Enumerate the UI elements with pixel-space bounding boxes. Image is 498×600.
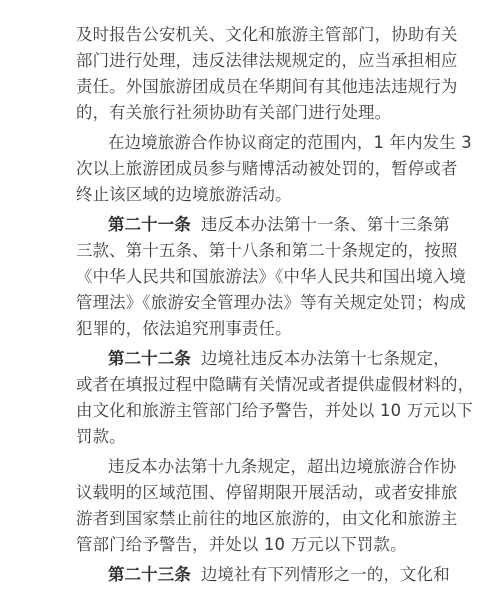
article-heading: 第二十三条 [108,565,191,584]
document-page: 及时报告公安机关、文化和旅游主管部门，协助有关 部门进行处理，违反法律法规规定的… [76,22,424,592]
text-line: 由文化和旅游主管部门给予警告，并处以 10 万元以下 [76,398,424,424]
article-text: 边境社违反本办法第十七条规定， [201,349,450,368]
text-line: 第二十一条违反本办法第十一条、第十三条第 [76,212,424,238]
text-line: 违反本办法第十九条规定，超出边境旅游合作协 [76,454,424,480]
text-line: 议载明的区域范围、停留期限开展活动，或者安排旅 [76,480,424,506]
text-line: 终止该区域的边境旅游活动。 [76,182,424,208]
text-line: 第二十三条边境社有下列情形之一的，文化和 [76,562,424,588]
text-line: 的，有关旅行社须协助有关部门进行处理。 [76,100,424,126]
paragraph-continuation: 及时报告公安机关、文化和旅游主管部门，协助有关 部门进行处理，违反法律法规规定的… [76,22,424,126]
text-line: 罚款。 [76,424,424,450]
text-line: 或者在填报过程中隐瞒有关情况或者提供虚假材料的， [76,372,424,398]
text-line: 在边境旅游合作协议商定的范围内，1 年内发生 3 [76,130,424,156]
text-line: 第二十二条边境社违反本办法第十七条规定， [76,346,424,372]
paragraph-article-19-violation: 违反本办法第十九条规定，超出边境旅游合作协 议载明的区域范围、停留期限开展活动，… [76,454,424,558]
article-text: 违反本办法第十一条、第十三条第 [201,215,450,234]
text-line: 管理法》《旅游安全管理办法》等有关规定处罚；构成 [76,290,424,316]
article-23: 第二十三条边境社有下列情形之一的，文化和 [76,562,424,588]
text-line: 及时报告公安机关、文化和旅游主管部门，协助有关 [76,22,424,48]
article-21: 第二十一条违反本办法第十一条、第十三条第 三款、第十五条、第十八条和第二十条规定… [76,212,424,342]
paragraph-gambling-suspension: 在边境旅游合作协议商定的范围内，1 年内发生 3 次以上旅游团成员参与赌博活动被… [76,130,424,208]
text-line: 部门进行处理，违反法律法规规定的，应当承担相应 [76,48,424,74]
text-line: 责任。外国旅游团成员在华期间有其他违法违规行为 [76,74,424,100]
text-line: 管部门给予警告，并处以 10 万元以下罚款。 [76,532,424,558]
text-line: 游者到国家禁止前往的地区旅游的，由文化和旅游主 [76,506,424,532]
text-line: 《中华人民共和国旅游法》《中华人民共和国出境入境 [76,264,424,290]
article-heading: 第二十二条 [108,349,191,368]
article-heading: 第二十一条 [108,215,191,234]
text-line: 犯罪的，依法追究刑事责任。 [76,316,424,342]
text-line: 三款、第十五条、第十八条和第二十条规定的，按照 [76,238,424,264]
article-text: 边境社有下列情形之一的，文化和 [201,565,450,584]
article-22: 第二十二条边境社违反本办法第十七条规定， 或者在填报过程中隐瞒有关情况或者提供虚… [76,346,424,450]
text-line: 次以上旅游团成员参与赌博活动被处罚的，暂停或者 [76,156,424,182]
